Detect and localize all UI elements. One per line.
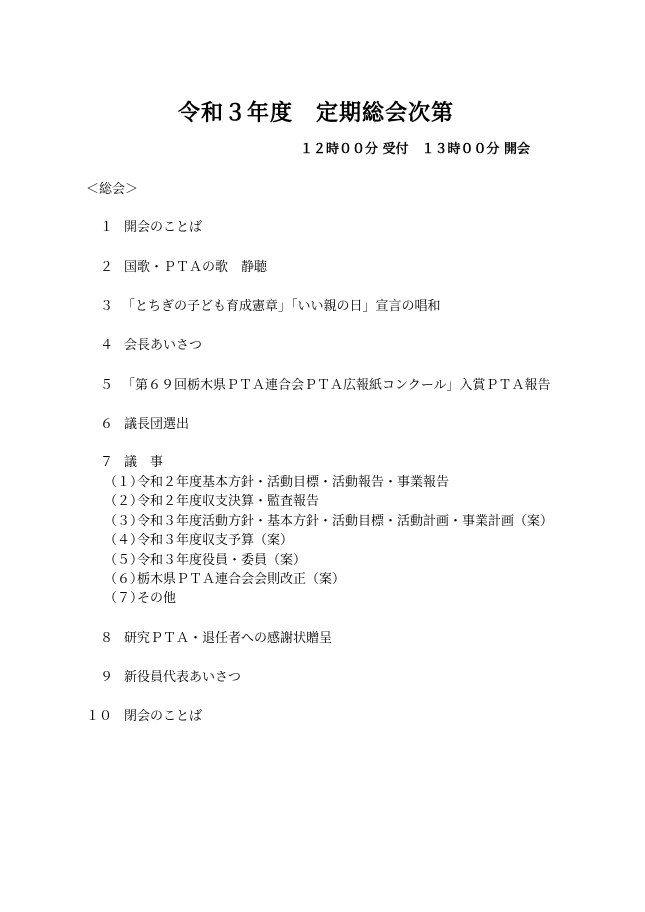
- subitem-text: 令和２年度基本方針・活動目標・活動報告・事業報告: [137, 471, 449, 490]
- item-number: ５: [100, 374, 113, 393]
- item-text: 「とちぎの子ども育成憲章」「いい親の日」宣言の唱和: [122, 295, 441, 314]
- item-text: 「第６９回栃木県ＰＴＡ連合会ＰＴＡ広報紙コンクール」入賞ＰＴＡ報告: [122, 374, 550, 393]
- item-text: 会長あいさつ: [124, 334, 202, 353]
- item-text: 議長団選出: [124, 413, 189, 432]
- item-number: ７: [100, 451, 113, 470]
- section-heading: ＜総会＞: [86, 178, 138, 197]
- item-text: 議 事: [124, 451, 163, 470]
- subitem-text: 令和３年度収支予算（案）: [137, 529, 293, 548]
- item-number: ２: [100, 256, 113, 275]
- item-text: 新役員代表あいさつ: [124, 666, 241, 685]
- page-title: 令和３年度 定期総会次第: [178, 96, 454, 127]
- item-number: ８: [100, 627, 113, 646]
- item-number: ３: [100, 295, 113, 314]
- subitem-text: 令和２年度収支決算・監査報告: [137, 490, 319, 509]
- item-number: １０: [86, 705, 112, 724]
- subitem-text: 栃木県ＰＴＡ連合会会則改正（案）: [137, 568, 345, 587]
- subitem-text: 令和３年度活動方針・基本方針・活動目標・活動計画・事業計画（案）: [137, 510, 553, 529]
- item-text: 開会のことば: [124, 216, 202, 235]
- item-text: 国歌・ＰＴＡの歌 静聴: [124, 256, 267, 275]
- item-text: 閉会のことば: [124, 705, 202, 724]
- schedule-time: １２時００分 受付 １３時００分 開会: [300, 138, 530, 157]
- item-number: １: [100, 216, 113, 235]
- item-number: ９: [100, 666, 113, 685]
- subitem-text: 令和３年度役員・委員（案）: [137, 549, 306, 568]
- subitem-text: その他: [137, 587, 176, 606]
- item-number: ６: [100, 413, 113, 432]
- item-number: ４: [100, 334, 113, 353]
- item-text: 研究ＰＴＡ・退任者への感謝状贈呈: [124, 627, 332, 646]
